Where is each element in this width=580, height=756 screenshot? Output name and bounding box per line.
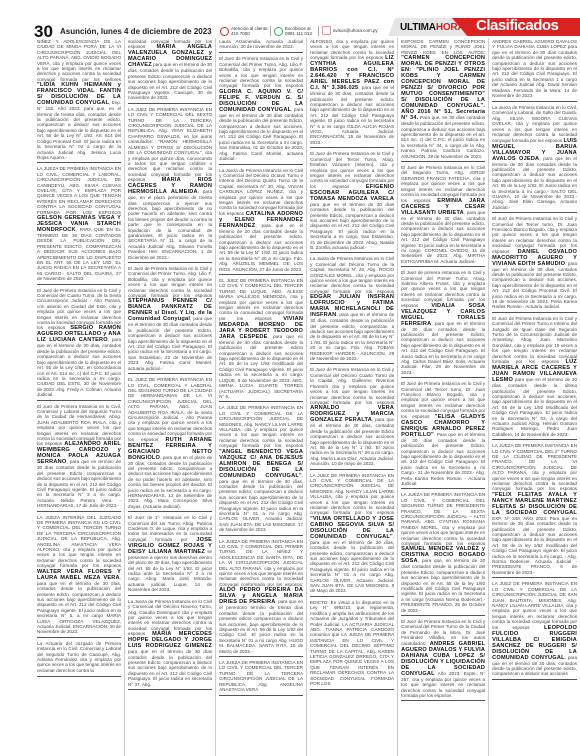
notice-text: El Juez de Primera Instancia en lo Civil… xyxy=(492,316,577,364)
legal-notice: EL JUEZ DE PRIMERA INSTANCIA EN LO CIVIL… xyxy=(128,376,212,512)
legal-notice: LA JUEZA DE PRIMERA INSTANCIA EN LO CIVI… xyxy=(492,442,577,578)
notice-text: El Juez de Primera Instancia en lo Civil… xyxy=(37,288,121,331)
legal-notice: El Juez de Primera Instancia en lo Civil… xyxy=(310,150,394,253)
notice-tail: , Exp. N° 162, Año 2023, para que, en el… xyxy=(37,100,121,160)
legal-notice: El Juez de Primera Instancia en lo Civil… xyxy=(401,164,485,267)
notice-tail: , para que en el término de 30 días, con… xyxy=(310,312,394,361)
email-contact: avisos@uhora.com.py xyxy=(322,26,378,35)
legal-notice: LA JUEZ DE PRIMERA INSTANCIA EN LO CIVIL… xyxy=(128,106,212,263)
notice-tail: , para que en el término de 30 días, con… xyxy=(310,534,394,594)
notice-text: LA JUEZA DE PRIMERA INSTANCIA EN LO CIVI… xyxy=(492,443,577,491)
whatsapp-contact: Escribinos al0981 111 013 xyxy=(274,26,312,36)
column-5: ESPOSOS CARMEN CONCEPCION MORAL DE PENZZ… xyxy=(398,38,489,756)
notice-tail: , para que, en término de 30 días contad… xyxy=(401,558,485,612)
notice-text: El Juez de Primera Instancia en lo Civil… xyxy=(37,404,121,447)
notice-tail: , para que en el término de 30 días, con… xyxy=(310,85,394,145)
page-header: 30 Asunción, lunes 4 de diciembre de 202… xyxy=(0,0,580,36)
notice-parties: WALTER VERA FLORES Y LAURA MABEL MEZA VE… xyxy=(37,569,121,581)
contact-value: 415 7000 xyxy=(231,31,269,36)
legal-notice: LA JUEZ DE PRIMERA INSTANCIA EN LO CIVIL… xyxy=(219,404,303,535)
legal-notice: La Jueza de Primera Instancia en lo Civi… xyxy=(492,104,577,213)
notice-tail: , para que en el término de 30 días, con… xyxy=(401,210,485,264)
notice-text: ANDRES GABRIEL AGUERO DAVALOS Y FULVIA D… xyxy=(492,39,577,98)
legal-notice: LA JUEZ DE PRIMERA INSTANCIA EN LO CIVIL… xyxy=(310,472,394,597)
notice-tail: para que en el término de 30 días contad… xyxy=(128,649,212,686)
notice-text: NIÑEZ Y ADOLESCENCIA DE LA CIUDAD DE MIN… xyxy=(37,39,121,82)
legal-notice: Laura Arzamendia, Actuaria Judicial Asun… xyxy=(219,38,303,53)
notice-text: El Juez de Primera Instancia en lo Civil… xyxy=(310,367,394,404)
column-3: Laura Arzamendia, Actuaria Judicial Asun… xyxy=(216,38,307,756)
legal-notice: LA JUEZA DE PRIMERA INSTANCIA EN LO CIVI… xyxy=(219,538,303,657)
legal-notice: El Juez de 1º. Instancia en lo Civil y C… xyxy=(128,514,212,595)
notice-text: La Actuaria del Juzgado de Primera Insta… xyxy=(37,641,121,673)
notice-tail: , para que en el término de 30 días, con… xyxy=(37,337,121,397)
column-2: sociedad conyugal formada por los esposo… xyxy=(125,38,216,756)
legal-notice: El Juez de Primera Instancia en lo Civil… xyxy=(401,380,485,489)
divider xyxy=(318,26,319,36)
legal-notice: ANDRES GABRIEL AGUERO DAVALOS Y FULVIA D… xyxy=(492,38,577,102)
brand-part1: ULTIMA xyxy=(400,22,436,33)
notice-text: LA JUEZ DE PRIMERA INSTANCIA EN LO CIVIL… xyxy=(492,581,577,629)
legal-notice: LA JUEZ DE PRIMERA INSTANCIA EN LO CIVIL… xyxy=(492,580,577,679)
notice-tail: , para que en el término de 30 días cont… xyxy=(401,321,485,375)
notice-text: EL JUEZ DE PRIMERA INSTANCIA EN LO CIVIL… xyxy=(219,278,303,321)
notice-text: La Jueza de Primera Instancia en lo Civi… xyxy=(219,168,303,216)
divider xyxy=(270,26,271,36)
legal-notice: La Jueza de Primera Instancia en lo Civi… xyxy=(310,255,394,364)
notice-tail: EXP. N° 348, AÑO 2023. Para que en térmi… xyxy=(492,516,577,575)
brand-logo: ULTIMAHORA xyxy=(400,22,464,33)
legal-notice: El Juez de Primera Instancia en lo Civil… xyxy=(401,618,485,701)
notice-text: ESPOSOS CARMEN CONCEPCION MORAL DE PENZZ… xyxy=(401,39,485,55)
notice-text: EL JUEZ DE PRIMERA INSTANCIA EN LO CIVIL… xyxy=(128,377,212,441)
notice-tail: , para que en término de 30 días contado… xyxy=(219,334,303,399)
legal-notice: ALFONSO, cita y emplaza por quince veces… xyxy=(310,38,394,148)
notice-tail: , para que en término de 30 días, contad… xyxy=(492,261,577,310)
notice-tail: se presenten a ejercer sus derechos dent… xyxy=(128,549,212,592)
notice-tail: , para que en término de 30 días contado… xyxy=(37,459,121,508)
legal-notice: El Juez de Primera Instancia en lo Civil… xyxy=(492,315,577,440)
publication-date: Asunción, lunes 4 de diciembre de 2023 xyxy=(60,27,212,36)
contact-value: avisos@uhora.com.py xyxy=(333,28,378,33)
legal-notice: LA JUEZA DE PRIMERA INSTANCIA EN LO CIVI… xyxy=(219,659,303,696)
notice-tail: , para que en el término de 30 días cont… xyxy=(128,316,212,370)
legal-notice: El Juez de Primera Instancia en lo Civil… xyxy=(219,55,303,164)
notice-tail: , para que, en el plazo perentorio de tr… xyxy=(128,189,212,259)
notice-text: ALFONSO, cita y emplaza por quince veces… xyxy=(310,39,394,60)
notice-text: LA JUEZA DE PRIMERA INSTANCIA EN LO CIVI… xyxy=(401,492,485,546)
legal-notice: El Juez de Primera Instancia en lo Civil… xyxy=(128,265,212,374)
notice-text: LA JUEZ DE PRIMERA INSTANCIA EN LO CIVIL… xyxy=(310,473,394,516)
column-1: NIÑEZ Y ADOLESCENCIA DE LA CIUDAD DE MIN… xyxy=(34,38,125,756)
legal-notice: La Jueza de Primera Instancia en lo Civi… xyxy=(219,167,303,276)
notice-tail: , para que en el término de 30 días cont… xyxy=(492,156,577,210)
notice-tail: Para que, en 30 días contados desde la p… xyxy=(401,115,485,158)
legal-notice: La Jueza de Primera Instancia en lo Civi… xyxy=(128,598,212,690)
notice-tail: , para que en el término de 30 días, con… xyxy=(310,417,394,466)
notice-text: Laura Arzamendia, Actuaria Judicial Asun… xyxy=(219,39,303,49)
legal-notice: El Juez de Primera Instancia en lo Civil… xyxy=(492,215,577,313)
notice-tail: , para que en el término de 30 días cont… xyxy=(219,107,303,161)
notice-text: LA JUEZ DE PRIMERA INSTANCIA EN LO CIVIL… xyxy=(128,107,212,182)
email-icon xyxy=(322,26,331,35)
whatsapp-icon xyxy=(274,27,283,36)
notice-parties: "VILMA ORTELLADO Y JOSE CABINO SEGOVIA S… xyxy=(310,516,394,540)
legal-notice: EL JUEZ DE PRIMERA INSTANCIA EN LO CIVIL… xyxy=(219,277,303,402)
notice-tail: , para que, en el término de 30 días con… xyxy=(219,223,303,272)
legal-notice: NIÑEZ Y ADOLESCENCIA DE LA CIUDAD DE MIN… xyxy=(37,38,121,163)
notice-text: El Juez de Primera Instancia en lo Civil… xyxy=(219,56,303,88)
notice-tail: , para que en el término de 30 días, con… xyxy=(37,575,121,635)
notice-text: La Jueza de Primera Instancia en lo Civi… xyxy=(310,256,394,293)
notice-tail: para que en el término de 30 días, conta… xyxy=(128,62,212,100)
notice-tail: para que en el término de 30 días contad… xyxy=(310,202,394,250)
legal-notice: El Juez de primera instancia en lo Civil… xyxy=(401,269,485,378)
column-6: ANDRES GABRIEL AGUERO DAVALOS Y FULVIA D… xyxy=(489,38,580,756)
notice-parties: "ANGEL BENEDICTO VEGA VAZQUEZ C/ ANA DEJ… xyxy=(219,449,303,479)
legal-notice: ESPOSOS CARMEN CONCEPCION MORAL DE PENZZ… xyxy=(401,38,485,162)
legal-notice: La Actuaria del Juzgado de Primera Insta… xyxy=(37,640,121,677)
section-title: Clasificados xyxy=(476,17,558,34)
notice-parties: "FELIX FLEITAS AYALA Y NANCY MARLENE MAR… xyxy=(492,492,577,516)
contact-value: 0981 111 013 xyxy=(285,31,312,36)
classifieds-columns: NIÑEZ Y ADOLESCENCIA DE LA CIUDAD DE MIN… xyxy=(34,38,580,756)
notice-tail: , PARA QUE EN EL TÉRMINO DE 30 DÍAS CONT… xyxy=(37,227,121,281)
notice-text: LA JUEZA DE PRIMERA INSTANCIA EN LO CIVI… xyxy=(219,660,303,692)
notice-parties: "CARMEN CONCEPCION MORAL DE PENZZI Y OTR… xyxy=(401,55,485,121)
notice-text: LA JUEZA DE PRIMERA INSTANCIA EN LO CIVI… xyxy=(37,166,121,214)
notice-tail: , para que en el plazo de 30 días, conta… xyxy=(128,455,212,509)
legal-notice: El Juez de Primera Instancia en lo Civil… xyxy=(310,366,394,469)
legal-notice: El Juez de Primera Instancia en lo Civil… xyxy=(37,287,121,401)
notice-text: El Juez de Primera Instancia en lo Civil… xyxy=(128,266,212,298)
legal-notice: LA JUEZA DE PRIMERA INSTANCIA EN LO CIVI… xyxy=(37,165,121,284)
notice-tail: para que en el término de 30 días contad… xyxy=(492,377,577,437)
notice-text: EDICTO: En virtud a lo dispuesto en la L… xyxy=(310,600,394,686)
legal-notice: LA JUEZA INTERINA DEL JUZGADO DE PRIMERA… xyxy=(37,514,121,638)
phone-icon xyxy=(220,27,229,36)
notice-text: LA JUEZA DE PRIMERA INSTANCIA EN LO CIVI… xyxy=(219,539,303,587)
legal-notice: El Juez de Primera Instancia en lo Civil… xyxy=(37,403,121,512)
notice-tail: , para que en el término de 30 días, con… xyxy=(219,473,303,533)
legal-notice: EDICTO: En virtud a lo dispuesto en la L… xyxy=(310,599,394,690)
notice-tail: , para que en el perentorio término de t… xyxy=(219,599,303,653)
customer-service-contact: Atención al cliente:415 7000 xyxy=(220,26,269,36)
notice-text: LA JUEZA INTERINA DEL JUZGADO DE PRIMERA… xyxy=(37,515,121,569)
legal-notice: sociedad conyugal formada por los esposo… xyxy=(128,38,212,104)
notice-tail: . Para que en el término de 30 días cont… xyxy=(401,432,485,486)
notice-text: LA JUEZ DE PRIMERA INSTANCIA EN LO CIVIL… xyxy=(219,405,303,448)
legal-notice: LA JUEZA DE PRIMERA INSTANCIA EN LO CIVI… xyxy=(401,491,485,616)
column-4: ALFONSO, cita y emplaza por quince veces… xyxy=(307,38,398,756)
